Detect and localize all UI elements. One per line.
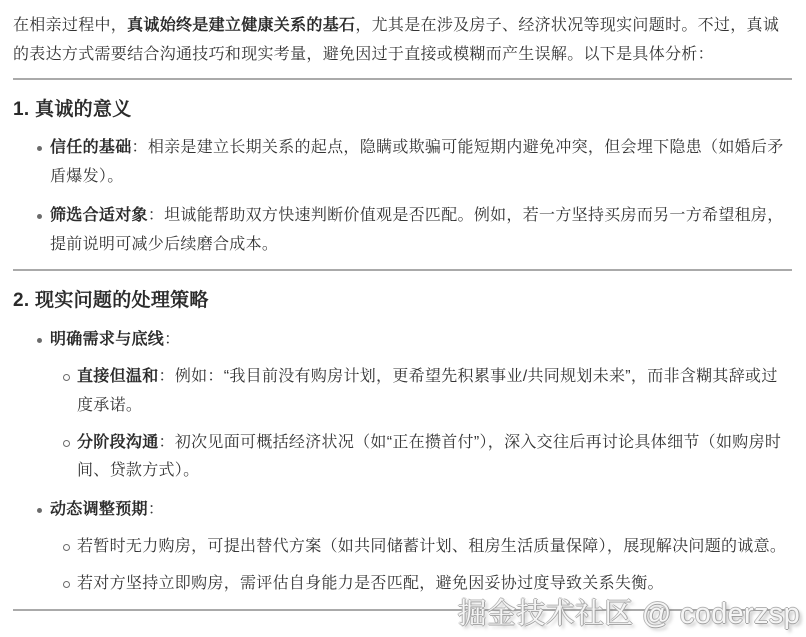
intro-text-pre: 在相亲过程中， xyxy=(13,17,127,34)
sub-list-item: 若暂时无力购房，可提出替代方案（如共同储蓄计划、租房生活质量保障），展现解决问题… xyxy=(77,533,792,562)
section-2-heading: 2. 现实问题的处理策略 xyxy=(13,289,792,314)
section-divider-1 xyxy=(13,78,792,80)
section-divider-3 xyxy=(13,609,792,611)
sub-list-item-text: 若暂时无力购房，可提出替代方案（如共同储蓄计划、租房生活质量保障），展现解决问题… xyxy=(77,538,786,555)
sub-list-item: 直接但温和：例如：“我目前没有购房计划，更希望先积累事业/共同规划未来”，而非含… xyxy=(77,363,792,421)
section-divider-2 xyxy=(13,269,792,271)
sub-list-item: 若对方坚持立即购房，需评估自身能力是否匹配，避免因妥协过度导致关系失衡。 xyxy=(77,570,792,599)
list-item-label: 明确需求与底线 xyxy=(50,331,164,348)
watermark: 掘金技术社区 @ coderzsp xyxy=(458,599,800,631)
sub-list-item-text: 若对方坚持立即购房，需评估自身能力是否匹配，避免因妥协过度导致关系失衡。 xyxy=(77,575,664,592)
intro-strong-text: 真诚始终是建立健康关系的基石 xyxy=(127,17,355,34)
list-item-text: ：相亲是建立长期关系的起点，隐瞒或欺骗可能短期内避免冲突，但会埋下隐患（如婚后矛… xyxy=(50,139,784,185)
section-1-list: 信任的基础：相亲是建立长期关系的起点，隐瞒或欺骗可能短期内避免冲突，但会埋下隐患… xyxy=(13,134,792,259)
list-item-label: 动态调整预期 xyxy=(50,501,148,518)
list-item: 明确需求与底线： 直接但温和：例如：“我目前没有购房计划，更希望先积累事业/共同… xyxy=(50,326,792,486)
sub-list-item: 分阶段沟通：初次见面可概括经济状况（如“正在攒首付”），深入交往后再讨论具体细节… xyxy=(77,429,792,487)
list-item: 筛选合适对象：坦诚能帮助双方快速判断价值观是否匹配。例如，若一方坚持买房而另一方… xyxy=(50,202,792,260)
list-item: 动态调整预期： 若暂时无力购房，可提出替代方案（如共同储蓄计划、租房生活质量保障… xyxy=(50,496,792,598)
intro-paragraph: 在相亲过程中，真诚始终是建立健康关系的基石，尤其是在涉及房子、经济状况等现实问题… xyxy=(13,12,792,70)
list-item: 信任的基础：相亲是建立长期关系的起点，隐瞒或欺骗可能短期内避免冲突，但会埋下隐患… xyxy=(50,134,792,192)
list-item-text: ： xyxy=(148,501,164,518)
section-1-heading: 1. 真诚的意义 xyxy=(13,98,792,123)
section-2-list: 明确需求与底线： 直接但温和：例如：“我目前没有购房计划，更希望先积累事业/共同… xyxy=(13,326,792,598)
sub-list: 直接但温和：例如：“我目前没有购房计划，更希望先积累事业/共同规划未来”，而非含… xyxy=(50,363,792,486)
list-item-text: ：坦诚能帮助双方快速判断价值观是否匹配。例如，若一方坚持买房而另一方希望租房，提… xyxy=(50,207,784,253)
list-item-label: 筛选合适对象 xyxy=(50,207,148,224)
list-item-label: 信任的基础 xyxy=(50,139,132,156)
article-page: 在相亲过程中，真诚始终是建立健康关系的基石，尤其是在涉及房子、经济状况等现实问题… xyxy=(0,0,806,637)
sub-list-item-label: 直接但温和 xyxy=(77,368,159,385)
sub-list-item-text: ：初次见面可概括经济状况（如“正在攒首付”），深入交往后再讨论具体细节（如购房时… xyxy=(77,434,781,480)
sub-list-item-label: 分阶段沟通 xyxy=(77,434,159,451)
sub-list: 若暂时无力购房，可提出替代方案（如共同储蓄计划、租房生活质量保障），展现解决问题… xyxy=(50,533,792,599)
sub-list-item-text: ：例如：“我目前没有购房计划，更希望先积累事业/共同规划未来”，而非含糊其辞或过… xyxy=(77,368,778,414)
list-item-text: ： xyxy=(164,331,180,348)
